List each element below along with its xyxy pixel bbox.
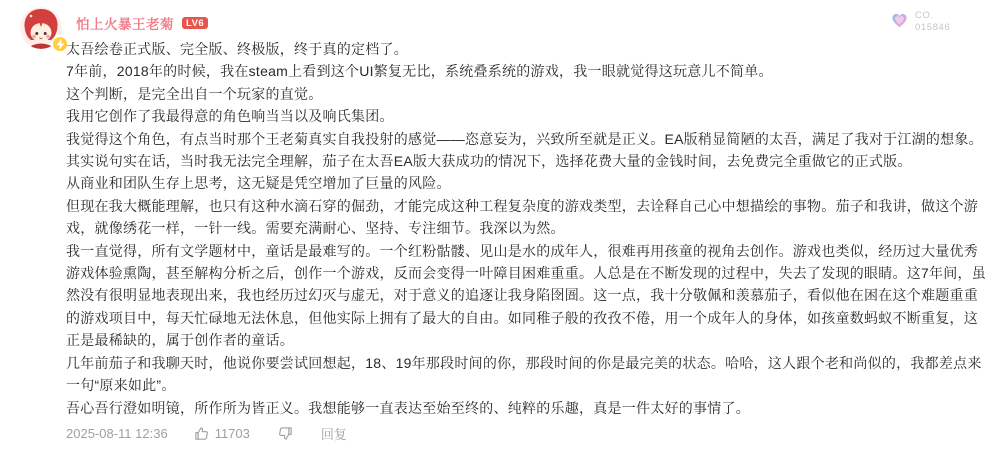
post-paragraph: 其实说句实在话，当时我无法完全理解，茄子在太吾EA版大获成功的情况下，选择花费大… — [66, 150, 987, 172]
thumbs-down-icon — [278, 426, 293, 441]
thumbs-up-icon — [194, 426, 209, 441]
fan-medal-number: CO. 015846 — [915, 9, 950, 33]
fan-medal-line2: 015846 — [915, 22, 950, 34]
post-paragraph: 从商业和团队生存上思考，这无疑是凭空增加了巨量的风险。 — [66, 172, 987, 194]
timestamp: 2025-08-11 12:36 — [66, 426, 168, 441]
post-paragraph: 几年前茄子和我聊天时，他说你要尝试回想起，18、19年那段时间的你，那段时间的你… — [66, 352, 987, 397]
post-paragraph: 但现在我大概能理解，也只有这种水滴石穿的倔劲，才能完成这种工程复杂度的游戏类型，… — [66, 195, 987, 240]
post-paragraph: 这个判断，是完全出自一个玩家的直觉。 — [66, 83, 987, 105]
reply-button[interactable]: 回复 — [321, 424, 347, 443]
post-paragraph: 我用它创作了我最得意的角色响当当以及响氏集团。 — [66, 105, 987, 127]
post-paragraph: 我一直觉得，所有文学题材中，童话是最难写的。一个红粉骷髅、见山是水的成年人，很难… — [66, 240, 987, 352]
post-paragraph: 吾心吾行澄如明镜，所作所为皆正义。我想能够一直表达至始至终的、纯粹的乐趣，真是一… — [66, 397, 987, 419]
fan-medal-line1: CO. — [915, 10, 950, 22]
post-paragraph: 7年前，2018年的时候，我在steam上看到这个UI繁复无比，系统叠系统的游戏… — [66, 60, 987, 82]
username[interactable]: 怕上火暴王老菊 — [76, 13, 174, 33]
like-count: 11703 — [215, 426, 250, 441]
post-paragraph: 我觉得这个角色，有点当时那个王老菊真实自我投射的感觉——恣意妄为，兴致所至就是正… — [66, 128, 987, 150]
heart-medal-icon — [889, 9, 910, 30]
dislike-button[interactable] — [278, 426, 293, 441]
user-avatar[interactable] — [20, 7, 62, 49]
post-footer: 2025-08-11 12:36 11703 回复 — [66, 424, 347, 443]
post-paragraph: 太吾绘卷正式版、完全版、终极版，终于真的定档了。 — [66, 38, 987, 60]
level-badge: LV6 — [182, 17, 208, 30]
fan-medal[interactable]: CO. 015846 — [889, 9, 950, 33]
like-button[interactable]: 11703 — [194, 426, 250, 441]
post-header: 怕上火暴王老菊 LV6 — [76, 13, 208, 33]
post-content: 太吾绘卷正式版、完全版、终极版，终于真的定档了。 7年前，2018年的时候，我在… — [66, 38, 987, 419]
